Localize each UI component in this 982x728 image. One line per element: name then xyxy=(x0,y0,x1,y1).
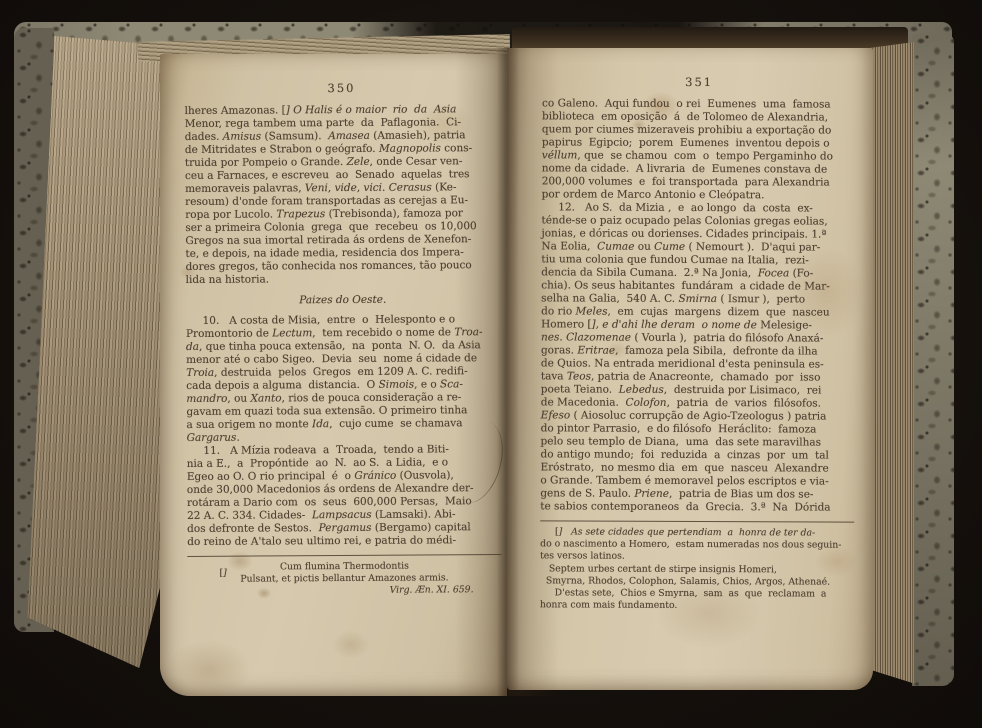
text-line: dores gregos, tão conhecida nos romances… xyxy=(186,259,500,274)
text-line: tava Teos, patria de Anacreonte, chamado… xyxy=(541,370,855,384)
text-line: goras. Eritrae, famoza pela Sibila, defr… xyxy=(541,344,855,358)
text-line: chia). Os seus habitantes fundáram a cid… xyxy=(541,279,855,293)
section-heading: Paizes do Oeste. xyxy=(186,293,500,308)
text-line: do rio Meles, em cujas margens dizem que… xyxy=(541,305,855,319)
text-line: 200,000 volumes e foi transportada para … xyxy=(542,175,856,189)
page-350-text: 350 lheres Amazonas. [] O Halis é o maio… xyxy=(184,81,501,598)
page-351-text: 351 co Galeno. Aqui fundou o rei Eumenes… xyxy=(540,75,856,613)
text-line: poeta Teiano. Lebedus, destruida por Lis… xyxy=(541,383,855,397)
text-line: Virg. Æn. XI. 659. xyxy=(188,584,502,598)
footnote-left-lines: Cum flumina ThermodontisPulsant, et pict… xyxy=(187,560,501,598)
text-line: ténde-se o paiz ocupado pelas Colonias g… xyxy=(542,214,856,228)
text-line: Efeso ( Aiosoluc corrupção de Agio-Tzeol… xyxy=(541,409,855,423)
text-line: o Grande. Tambem é memoravel pelos escri… xyxy=(540,474,854,488)
page-number-351: 351 xyxy=(542,75,856,89)
text-line: te sabios contemporaneos da Grecia. 3.ª … xyxy=(540,500,854,514)
text-line: nes. Clazomenae ( Vourla ), patria do fi… xyxy=(541,331,855,345)
page-350-paragraph-1: lheres Amazonas. [] O Halis é o maior ri… xyxy=(185,103,500,287)
text-line: lida na historia. xyxy=(186,272,500,287)
text-line: nome da cidade. A livraria de Eumenes co… xyxy=(542,162,856,176)
text-line: gens de S. Paulo. Priene, patria de Bias… xyxy=(540,487,854,501)
footnote-rule xyxy=(540,520,854,522)
footnote-right-lines: [] As sete cidades que pertendiam a honr… xyxy=(540,526,854,613)
footnote-left: [] Cum flumina ThermodontisPulsant, et p… xyxy=(187,554,501,598)
text-line: Eróstrato, no mesmo dia em que nasceu Al… xyxy=(540,461,854,475)
text-line: selha na Galia, 540 A. C. Smirna ( Ismur… xyxy=(541,292,855,306)
text-line: 12. Ao S. da Mizia , e ao longo da costa… xyxy=(542,201,856,215)
text-line: de Macedonia. Colofon, patria de varios … xyxy=(541,396,855,410)
text-line: Na Eolia, Cumae ou Cume ( Nemourt ). D'a… xyxy=(541,240,855,254)
page-351-body: co Galeno. Aqui fundou o rei Eumenes uma… xyxy=(540,97,856,514)
text-line: tiu uma colonia que fundou Cumae na Ital… xyxy=(541,253,855,267)
text-line: por ordem de Marco Antonio e Cleópatra. xyxy=(542,188,856,202)
text-line: de Quios. Na entrada meridional d'esta p… xyxy=(541,357,855,371)
footnote-right: [] As sete cidades que pertendiam a honr… xyxy=(540,520,854,613)
page-number-350: 350 xyxy=(184,81,498,96)
footnote-rule xyxy=(187,554,501,557)
book-photo: 350 lheres Amazonas. [] O Halis é o maio… xyxy=(0,0,982,728)
text-line: Homero [], e d'ahi lhe deram o nome de M… xyxy=(541,318,855,332)
text-line: jonias, e dóricas ou dorienses. Cidades … xyxy=(541,227,855,241)
text-line: honra com mais fundamento. xyxy=(540,599,854,613)
page-edges-right-stack xyxy=(866,42,914,690)
book-cover-right-edge xyxy=(912,34,954,686)
text-line: do pintor Parrasio, e do filósofo Herácl… xyxy=(541,422,855,436)
text-line: dencia da Sibila Cumana. 2.ª Na Jonia, F… xyxy=(541,266,855,280)
page-350-paragraph-2: 10. A costa de Misia, entre o Helesponto… xyxy=(186,313,501,549)
text-line: do reino de A'talo seu ultimo rei, e pat… xyxy=(187,534,501,549)
footnote-marker: [] xyxy=(219,568,226,580)
text-line: a sua origem no monte Ida, cujo cume se … xyxy=(186,417,500,432)
text-line: do antigo mundo; foi reduzida a cinzas p… xyxy=(540,448,854,462)
text-line: pelo seu templo de Diana, uma das sete m… xyxy=(541,435,855,449)
